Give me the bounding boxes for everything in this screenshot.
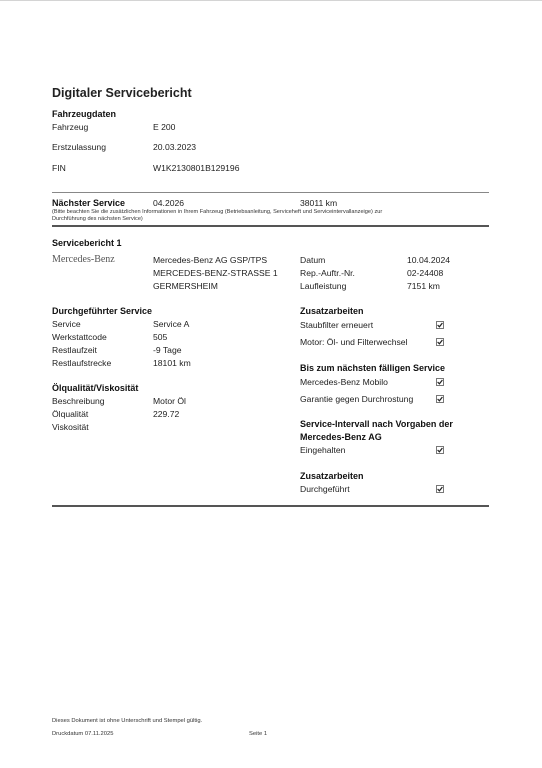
next-service-note-line2: Durchführung des nächsten Service) — [52, 216, 143, 223]
date-label: Datum — [300, 255, 325, 265]
next-service-label: Nächster Service — [52, 198, 125, 208]
mobilo-label: Mercedes-Benz Mobilo — [300, 377, 388, 387]
checkmark-icon — [437, 396, 443, 402]
remaining-time-value: -9 Tage — [153, 345, 182, 355]
vehicle-data-heading: Fahrzeugdaten — [52, 109, 116, 119]
document-title: Digitaler Servicebericht — [52, 86, 192, 100]
additional-work-heading: Zusatzarbeiten — [300, 306, 364, 316]
dealer-city: GERMERSHEIM — [153, 281, 218, 291]
next-service-date: 04.2026 — [153, 198, 184, 208]
validity-note: Dieses Dokument ist ohne Unterschrift un… — [52, 718, 202, 724]
next-service-note-line1: (Bitte beachten Sie die zusätzlichen Inf… — [52, 209, 382, 216]
divider-next-service — [52, 225, 489, 227]
rust-warranty-checkbox — [436, 395, 444, 403]
additional-work-heading-2: Zusatzarbeiten — [300, 471, 364, 481]
oil-filter-change-checkbox — [436, 338, 444, 346]
remaining-distance-value: 18101 km — [153, 358, 191, 368]
checkmark-icon — [437, 339, 443, 345]
oil-quality-value: 229.72 — [153, 409, 179, 419]
service-label: Service — [52, 319, 81, 329]
performed-checkbox — [436, 485, 444, 493]
mileage-label: Laufleistung — [300, 281, 346, 291]
checkmark-icon — [437, 379, 443, 385]
adhered-label: Eingehalten — [300, 445, 345, 455]
checkmark-icon — [437, 447, 443, 453]
service-value: Service A — [153, 319, 189, 329]
print-date: Druckdatum 07.11.2025 — [52, 731, 113, 737]
vin-value: W1K2130801B129196 — [153, 163, 240, 173]
remaining-time-label: Restlaufzeit — [52, 345, 97, 355]
service-interval-heading-line2: Mercedes-Benz AG — [300, 432, 382, 442]
oil-heading: Ölqualität/Viskosität — [52, 383, 138, 393]
page-number: Seite 1 — [249, 731, 267, 737]
oil-description-label: Beschreibung — [52, 396, 105, 406]
service-report-heading: Servicebericht 1 — [52, 238, 122, 248]
dust-filter-label: Staubfilter erneuert — [300, 320, 373, 330]
dealer-street: MERCEDES-BENZ-STRASSE 1 — [153, 268, 278, 278]
oil-description-value: Motor Öl — [153, 396, 186, 406]
date-value: 10.04.2024 — [407, 255, 450, 265]
repair-order-value: 02-24408 — [407, 268, 443, 278]
viscosity-label: Viskosität — [52, 422, 89, 432]
workshop-code-label: Werkstattcode — [52, 332, 107, 342]
oil-quality-label: Ölqualität — [52, 409, 88, 419]
performed-label: Durchgeführt — [300, 484, 350, 494]
first-registration-value: 20.03.2023 — [153, 142, 196, 152]
dust-filter-checkbox — [436, 321, 444, 329]
first-registration-label: Erstzulassung — [52, 142, 106, 152]
mileage-value: 7151 km — [407, 281, 440, 291]
divider-top — [52, 192, 489, 193]
next-service-km: 38011 km — [300, 198, 337, 208]
mobilo-checkbox — [436, 378, 444, 386]
checkmark-icon — [437, 322, 443, 328]
vehicle-label: Fahrzeug — [52, 122, 88, 132]
remaining-distance-label: Restlaufstrecke — [52, 358, 111, 368]
oil-filter-change-label: Motor: Öl- und Filterwechsel — [300, 337, 407, 347]
page-top-edge — [0, 0, 542, 1]
service-interval-heading-line1: Service-Intervall nach Vorgaben der — [300, 419, 453, 429]
performed-service-heading: Durchgeführter Service — [52, 306, 152, 316]
workshop-code-value: 505 — [153, 332, 167, 342]
mercedes-benz-logo: Mercedes-Benz — [52, 254, 115, 265]
until-next-service-heading: Bis zum nächsten fälligen Service — [300, 363, 445, 373]
rust-warranty-label: Garantie gegen Durchrostung — [300, 394, 413, 404]
vehicle-value: E 200 — [153, 122, 175, 132]
vin-label: FIN — [52, 163, 66, 173]
checkmark-icon — [437, 486, 443, 492]
adhered-checkbox — [436, 446, 444, 454]
repair-order-label: Rep.-Auftr.-Nr. — [300, 268, 355, 278]
dealer-name: Mercedes-Benz AG GSP/TPS — [153, 255, 267, 265]
divider-bottom — [52, 505, 489, 507]
